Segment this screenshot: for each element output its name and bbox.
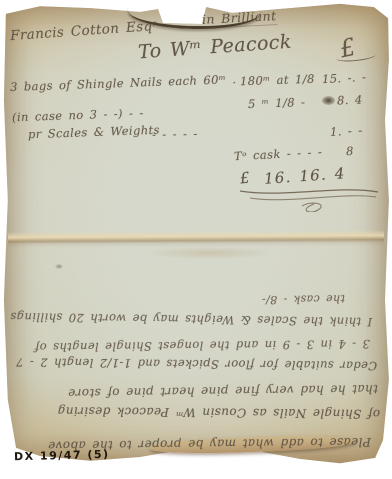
item3-amount: 1. - - — [330, 123, 363, 139]
item1-amount: 15. -. - — [322, 70, 367, 86]
item4-amount: 8 — [346, 144, 354, 158]
item2-qty: 5 ᵐ 1/8 - — [248, 95, 306, 111]
stain-blob — [55, 264, 63, 269]
fold-crease — [8, 230, 384, 248]
item3-leader: - - - - - — [152, 127, 198, 142]
inverted-note-line-1: the cask - 8/- — [262, 292, 345, 306]
item2-amount: 8. 4 — [337, 93, 363, 108]
item1-qty: 180ᵐ at 1/8 — [240, 72, 315, 89]
inverted-note-line-6: of Shingle Nails as Cousin Wᵐ Peacock de… — [57, 404, 380, 421]
stain-blob — [150, 247, 270, 259]
archive-reference: DX 19/47 (5) — [14, 448, 110, 463]
total-flourish — [236, 184, 382, 212]
ink-blot — [322, 96, 335, 105]
scanned-document: in Brilliant Francis Cotton Esqʳ To Wᵐ P… — [0, 0, 392, 479]
